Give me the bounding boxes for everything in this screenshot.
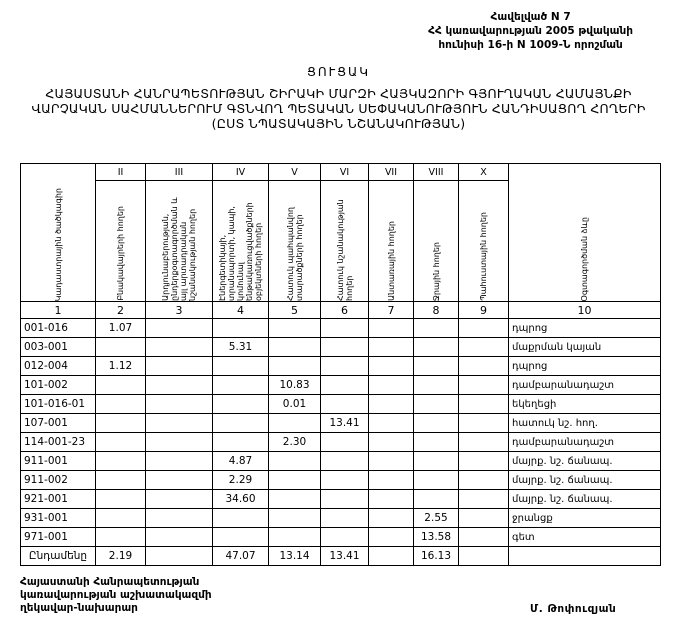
column-header-infrastructure-lands: Էներգետիկայի, տրանսպորտի, կապի, կոմունալ…: [213, 181, 269, 302]
area-cell: [269, 338, 321, 357]
area-cell: [146, 414, 213, 433]
usage-type-cell: դպրոց: [509, 357, 661, 376]
area-cell: [96, 452, 146, 471]
column-number: 10: [509, 302, 661, 319]
area-cell: [459, 395, 509, 414]
table-row: 001-0161.07դպրոց: [21, 319, 661, 338]
area-cell: [414, 376, 459, 395]
area-cell: 10.83: [269, 376, 321, 395]
area-cell: [213, 414, 269, 433]
area-cell: [146, 471, 213, 490]
area-cell: [146, 376, 213, 395]
total-cell: [459, 547, 509, 566]
table-row: 911-0022.29մայրք. նշ. ճանապ.: [21, 471, 661, 490]
area-cell: [321, 395, 369, 414]
table-row: 003-0015.31մաքրման կայան: [21, 338, 661, 357]
position-line-1: Հայաստանի Հանրապետության: [20, 576, 212, 589]
area-cell: [213, 509, 269, 528]
area-cell: [459, 319, 509, 338]
area-cell: [414, 433, 459, 452]
signatory-name: Մ. Թոփուզյան: [530, 603, 616, 615]
area-cell: [213, 357, 269, 376]
area-cell: 2.30: [269, 433, 321, 452]
column-number: 8: [414, 302, 459, 319]
area-cell: [414, 452, 459, 471]
area-cell: [146, 452, 213, 471]
area-cell: [96, 490, 146, 509]
cadastral-code-cell: 911-001: [21, 452, 96, 471]
table-row: 107-00113.41հատուկ նշ. հող.: [21, 414, 661, 433]
area-cell: [369, 395, 414, 414]
table-row: 114-001-232.30դամբարանադաշտ: [21, 433, 661, 452]
area-cell: [213, 528, 269, 547]
usage-type-cell: մայրք. նշ. ճանապ.: [509, 452, 661, 471]
cadastral-code-cell: 911-002: [21, 471, 96, 490]
area-cell: [459, 471, 509, 490]
area-cell: [146, 490, 213, 509]
table-row: 911-0014.87մայրք. նշ. ճանապ.: [21, 452, 661, 471]
cadastral-code-cell: 012-004: [21, 357, 96, 376]
area-cell: [369, 490, 414, 509]
area-cell: [146, 395, 213, 414]
area-cell: [321, 357, 369, 376]
usage-type-cell: մաքրման կայան: [509, 338, 661, 357]
roman-numeral: V: [269, 164, 321, 181]
area-cell: [321, 452, 369, 471]
area-cell: [369, 357, 414, 376]
cadastral-code-cell: 101-002: [21, 376, 96, 395]
usage-type-cell: դպրոց: [509, 319, 661, 338]
title-line-1: ՀԱՅԱՍՏԱՆԻ ՀԱՆՐԱՊԵՏՈՒԹՅԱՆ ՇԻՐԱԿԻ ՄԱՐԶԻ ՀԱ…: [0, 86, 677, 101]
table-row: 971-00113.58գետ: [21, 528, 661, 547]
roman-numeral: X: [459, 164, 509, 181]
cadastral-code-cell: 001-016: [21, 319, 96, 338]
area-cell: [321, 509, 369, 528]
column-number: 1: [21, 302, 96, 319]
area-cell: 34.60: [213, 490, 269, 509]
column-header-forest-lands: Անտառային հողեր: [369, 181, 414, 302]
usage-type-cell: ջրանցք: [509, 509, 661, 528]
area-cell: [269, 528, 321, 547]
total-label: Ընդամենը: [21, 547, 96, 566]
table-row: 101-00210.83դամբարանադաշտ: [21, 376, 661, 395]
area-cell: 1.12: [96, 357, 146, 376]
area-cell: [321, 319, 369, 338]
position-line-2: կառավարության աշխատակազմի: [20, 589, 212, 602]
usage-type-cell: դամբարանադաշտ: [509, 376, 661, 395]
area-cell: [321, 376, 369, 395]
roman-numeral: IV: [213, 164, 269, 181]
area-cell: [459, 357, 509, 376]
column-header-water-lands: Ջրային հողեր: [414, 181, 459, 302]
area-cell: [414, 357, 459, 376]
area-cell: [369, 376, 414, 395]
area-cell: 0.01: [269, 395, 321, 414]
column-number: 3: [146, 302, 213, 319]
appendix-decree-date: հունիսի 16-ի N 1009-Ն որոշման: [428, 38, 633, 52]
area-cell: [96, 414, 146, 433]
usage-type-cell: դամբարանադաշտ: [509, 433, 661, 452]
usage-type-cell: գետ: [509, 528, 661, 547]
cadastral-code-cell: 971-001: [21, 528, 96, 547]
document-title: ՑՈՒՑԱԿ ՀԱՅԱՍՏԱՆԻ ՀԱՆՐԱՊԵՏՈՒԹՅԱՆ ՇԻՐԱԿԻ Մ…: [0, 64, 677, 131]
area-cell: 2.55: [414, 509, 459, 528]
total-cell: 47.07: [213, 547, 269, 566]
area-cell: [459, 414, 509, 433]
area-cell: [96, 338, 146, 357]
area-cell: [459, 338, 509, 357]
cadastral-code-cell: 114-001-23: [21, 433, 96, 452]
area-cell: [459, 490, 509, 509]
column-header-cadastral-code: Կադաստրային ծածկագիր: [21, 164, 96, 302]
area-cell: [459, 452, 509, 471]
area-cell: [269, 509, 321, 528]
usage-type-cell: եկեղեցի: [509, 395, 661, 414]
area-cell: [321, 471, 369, 490]
area-cell: [96, 395, 146, 414]
area-cell: [269, 490, 321, 509]
column-header-reserve-lands: Պահուստային հողեր: [459, 181, 509, 302]
area-cell: [369, 319, 414, 338]
appendix-decree-line: ՀՀ կառավարության 2005 թվականի: [428, 24, 633, 38]
area-cell: [146, 319, 213, 338]
area-cell: [269, 357, 321, 376]
column-header-usage-type: Օգտագործման ձևը: [509, 164, 661, 302]
table-row: 931-0012.55ջրանցք: [21, 509, 661, 528]
roman-header-row: Կադաստրային ծածկագիր II III IV V VI VII …: [21, 164, 661, 181]
land-table: Կադաստրային ծածկագիր II III IV V VI VII …: [20, 163, 661, 566]
cadastral-code-cell: 003-001: [21, 338, 96, 357]
area-cell: [269, 414, 321, 433]
area-cell: [369, 509, 414, 528]
area-cell: [269, 471, 321, 490]
area-cell: [459, 376, 509, 395]
total-cell: 13.14: [269, 547, 321, 566]
area-cell: [459, 433, 509, 452]
cadastral-code-cell: 101-016-01: [21, 395, 96, 414]
area-cell: [146, 433, 213, 452]
column-number: 2: [96, 302, 146, 319]
title-line-2: ՎԱՐՉԱԿԱՆ ՍԱՀՄԱՆՆԵՐՈՒՄ ԳՏՆՎՈՂ ՊԵՏԱԿԱՆ ՍԵՓ…: [0, 101, 677, 116]
area-cell: [414, 338, 459, 357]
area-cell: [146, 509, 213, 528]
area-cell: [269, 319, 321, 338]
area-cell: 13.58: [414, 528, 459, 547]
area-cell: [414, 319, 459, 338]
signatory-position: Հայաստանի Հանրապետության կառավարության ա…: [20, 576, 212, 615]
table-row: 921-00134.60մայրք. նշ. ճանապ.: [21, 490, 661, 509]
area-cell: [96, 471, 146, 490]
area-cell: [213, 319, 269, 338]
usage-type-cell: մայրք. նշ. ճանապ.: [509, 490, 661, 509]
area-cell: [459, 509, 509, 528]
area-cell: [213, 433, 269, 452]
column-number: 5: [269, 302, 321, 319]
area-cell: [96, 528, 146, 547]
area-cell: 5.31: [213, 338, 269, 357]
total-cell: [146, 547, 213, 566]
usage-type-cell: մայրք. նշ. ճանապ.: [509, 471, 661, 490]
area-cell: [146, 528, 213, 547]
cadastral-code-cell: 931-001: [21, 509, 96, 528]
area-cell: 2.29: [213, 471, 269, 490]
area-cell: 1.07: [96, 319, 146, 338]
total-cell: [369, 547, 414, 566]
table-row: 012-0041.12դպրոց: [21, 357, 661, 376]
appendix-number: Հավելված N 7: [428, 10, 633, 24]
area-cell: 13.41: [321, 414, 369, 433]
column-header-protected-lands: Հատուկ պահպանվող տարածքների հողեր: [269, 181, 321, 302]
area-cell: [96, 376, 146, 395]
roman-numeral: VI: [321, 164, 369, 181]
title-line-3: (ԸՍՏ ՆՊԱՏԱԿԱՅԻՆ ՆՇԱՆԱԿՈՒԹՅԱՆ): [0, 116, 677, 131]
roman-numeral: VIII: [414, 164, 459, 181]
area-cell: [321, 338, 369, 357]
roman-numeral: III: [146, 164, 213, 181]
area-cell: [369, 338, 414, 357]
area-cell: [459, 528, 509, 547]
total-cell: [509, 547, 661, 566]
column-header-industrial-lands: Արդյունաբերության, ընդերքօգտագործման և ա…: [146, 181, 213, 302]
area-cell: [146, 338, 213, 357]
column-number: 9: [459, 302, 509, 319]
total-cell: 2.19: [96, 547, 146, 566]
area-cell: [414, 395, 459, 414]
area-cell: [321, 528, 369, 547]
column-number-row: 1 2 3 4 5 6 7 8 9 10: [21, 302, 661, 319]
area-cell: 4.87: [213, 452, 269, 471]
appendix-reference: Հավելված N 7 ՀՀ կառավարության 2005 թվակա…: [428, 10, 633, 52]
list-label: ՑՈՒՑԱԿ: [0, 64, 677, 80]
area-cell: [146, 357, 213, 376]
column-number: 4: [213, 302, 269, 319]
roman-numeral: VII: [369, 164, 414, 181]
area-cell: [369, 471, 414, 490]
cadastral-code-cell: 107-001: [21, 414, 96, 433]
total-cell: 13.41: [321, 547, 369, 566]
area-cell: [213, 376, 269, 395]
position-line-3: ղեկավար-նախարար: [20, 602, 212, 615]
total-cell: 16.13: [414, 547, 459, 566]
area-cell: [213, 395, 269, 414]
area-cell: [369, 528, 414, 547]
cadastral-code-cell: 921-001: [21, 490, 96, 509]
area-cell: [414, 414, 459, 433]
area-cell: [369, 452, 414, 471]
table-row: 101-016-010.01եկեղեցի: [21, 395, 661, 414]
column-number: 7: [369, 302, 414, 319]
area-cell: [369, 433, 414, 452]
usage-type-cell: հատուկ նշ. հող.: [509, 414, 661, 433]
area-cell: [269, 452, 321, 471]
area-cell: [369, 414, 414, 433]
area-cell: [96, 509, 146, 528]
area-cell: [321, 490, 369, 509]
column-number: 6: [321, 302, 369, 319]
area-cell: [321, 433, 369, 452]
area-cell: [96, 433, 146, 452]
total-row: Ընդամենը2.1947.0713.1413.4116.13: [21, 547, 661, 566]
area-cell: [414, 490, 459, 509]
column-header-settlement-lands: Բնակավայրերի հողեր: [96, 181, 146, 302]
column-header-special-purpose-lands: Հատուկ նշանակության հողեր: [321, 181, 369, 302]
area-cell: [414, 471, 459, 490]
roman-numeral: II: [96, 164, 146, 181]
